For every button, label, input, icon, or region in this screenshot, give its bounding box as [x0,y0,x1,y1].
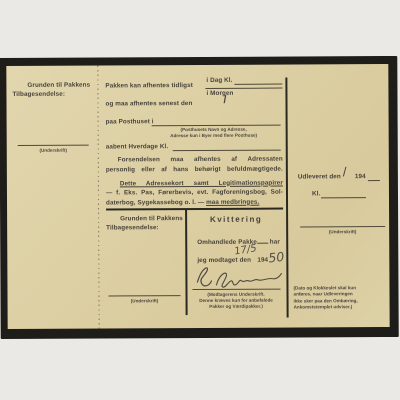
pickup-latest-label: og maa afhentes senest den [105,99,192,109]
open-hours-write-in-line [173,149,281,151]
package-count-blank [257,237,268,243]
legitimation-paragraph-line1: Dette Adressekort samt Legitimationspapi… [120,178,283,188]
pickup-earliest-label: Pakken kan afhentes tidligst [105,81,193,91]
legitimation-paragraph-line2: — f. Eks. Pas, Førerbevis, evt. Fagforen… [106,188,283,198]
delivered-year: 194 [355,172,366,181]
underskrift-caption-right: (Underskrift) [300,229,385,236]
return-reason-bottom-line2: Tilbagesendelse: [106,223,186,233]
return-reason-label-bottom: Grunden til Pakkens Tilbagesendelse: [106,214,186,233]
must-bring-underlined: maa medbringes. [206,198,259,205]
return-reason-bottom-line1: Grunden til Pakkens [106,214,186,224]
perforation-line [97,66,99,329]
underskrift-caption-bottom: (Underskrift) [109,298,181,305]
card-black-backing: Grunden til Pakkens Tilbagesendelse: (Un… [0,56,399,339]
delivery-note-line4: Ankomststemplet udviser.) [294,304,387,311]
legitimation-paragraph-line3: daterbog, Sygekassebog o. l. — maa medbr… [106,197,283,207]
receipt-note-line3: Pakker og Værdipakker.) [189,304,284,311]
pickup-rule-paragraph-line2: personlig eller af hans behørigt befuldm… [106,164,283,174]
signature-line-right [300,226,385,227]
parcel-address-card: Grunden til Pakkens Tilbagesendelse: (Un… [6,64,389,329]
post-office-label: paa Posthuset i [106,117,154,126]
receipt-note: (Modtagerens Underskrift. Denne kræves k… [188,291,283,311]
signature-line [18,145,89,146]
scanned-photo: Grunden til Pakkens Tilbagesendelse: (Un… [0,0,400,400]
tomorrow-option-label: i Morgen [206,89,233,98]
time-write-in-line [234,83,282,84]
return-reason-label: Grunden til Pakkens Tilbagesendelse: [12,81,96,100]
signature-line-bottom [109,295,181,296]
section-divider-horizontal [106,207,283,210]
time-label: Kl. [312,189,320,198]
today-option-label: i Dag Kl. [206,76,232,85]
return-reason-line1: Grunden til Pakkens [12,81,96,91]
open-hours-label: aabent Hverdage Kl. [106,142,169,151]
post-office-note: (Posthusets Navn og Adresse, Adresse kun… [147,126,281,140]
time-write-in-line-right [321,197,366,198]
package-label-post: har [270,238,280,245]
right-column-divider [285,78,289,318]
pickup-rule-paragraph-line1: Forsendelsen maa afhentes af Adressaten [118,155,283,165]
delivered-year-blank [368,180,380,181]
legitimation-line3-plain: daterbog, Sygekassebog o. l. — [106,198,204,206]
handwritten-date: 17/5 [234,243,258,257]
return-reason-line2: Tilbagesendelse: [12,90,96,100]
date-slash: / [223,94,226,106]
delivered-date-slash: / [343,164,347,179]
post-office-note-line2: Adresse kun i Byer med flere Posthuse) [147,132,281,139]
underskrift-caption: (Underskrift) [18,147,89,154]
delivery-note: (Dato og Klokkeslet skal kun anføres, na… [293,285,386,311]
receipt-title: Kvittering [190,215,282,224]
delivered-label: Udleveret den [298,172,341,181]
